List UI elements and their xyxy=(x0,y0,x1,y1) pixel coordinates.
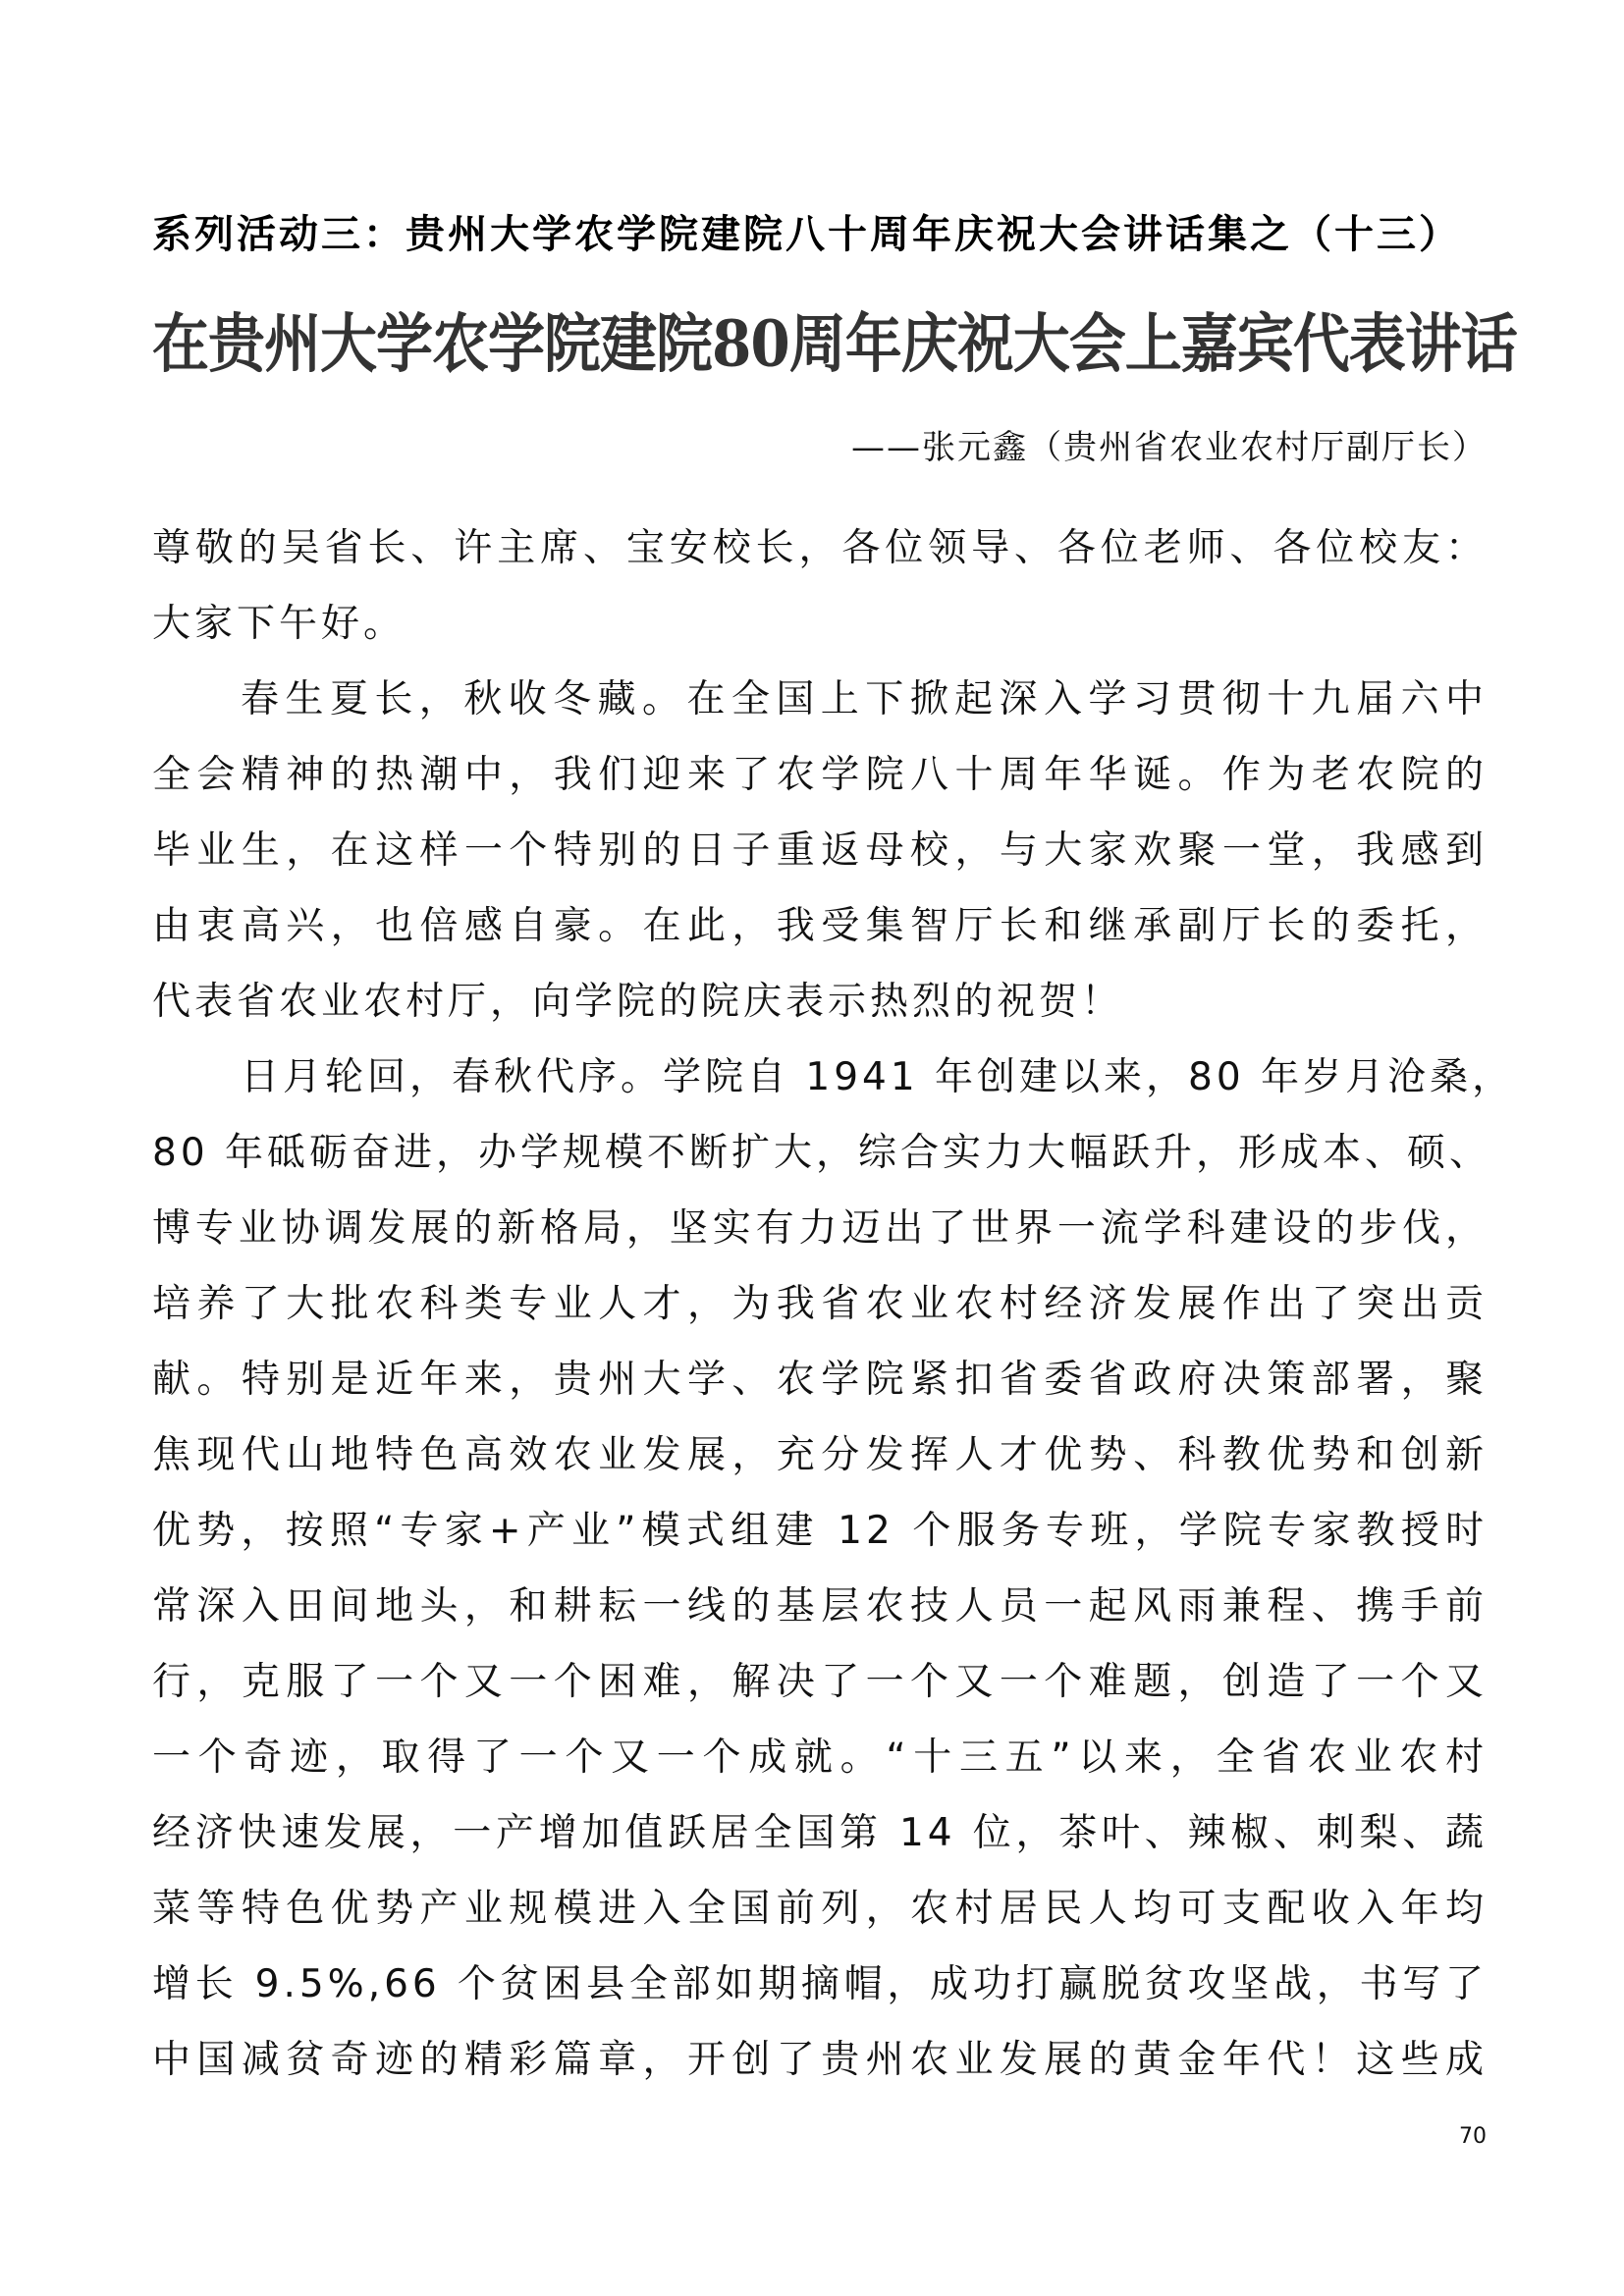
paragraph-line: 优势，按照“专家+产业”模式组建 12 个服务专班，学院专家教授时 xyxy=(152,1493,1488,1569)
paragraph-line: 代表省农业农村厅，向学院的院庆表示热烈的祝贺！ xyxy=(152,964,1488,1040)
speaker-byline: ——张元鑫（贵州省农业农村厅副厅长） xyxy=(851,424,1488,471)
series-heading: 系列活动三：贵州大学农学院建院八十周年庆祝大会讲话集之（十三） xyxy=(152,209,1488,260)
paragraph-line: 经济快速发展，一产增加值跃居全国第 14 位，茶叶、辣椒、刺梨、蔬 xyxy=(152,1795,1488,1871)
paragraph-line: 一个奇迹，取得了一个又一个成就。“十三五”以来，全省农业农村 xyxy=(152,1720,1488,1795)
greeting-line: 尊敬的吴省长、许主席、宝安校长，各位领导、各位老师、各位校友： xyxy=(152,510,1488,586)
paragraph-line: 80 年砥砺奋进，办学规模不断扩大，综合实力大幅跃升，形成本、硕、 xyxy=(152,1115,1488,1191)
greeting-line: 大家下午好。 xyxy=(152,586,1488,662)
speech-body: 尊敬的吴省长、许主席、宝安校长，各位领导、各位老师、各位校友： 大家下午好。 春… xyxy=(152,510,1488,2098)
paragraph-line: 行，克服了一个又一个困难，解决了一个又一个难题，创造了一个又 xyxy=(152,1644,1488,1720)
paragraph-line: 由衷高兴，也倍感自豪。在此，我受集智厅长和继承副厅长的委托， xyxy=(152,888,1488,964)
paragraph-line: 焦现代山地特色高效农业发展，充分发挥人才优势、科教优势和创新 xyxy=(152,1417,1488,1493)
paragraph-line: 献。特别是近年来，贵州大学、农学院紧扣省委省政府决策部署，聚 xyxy=(152,1342,1488,1417)
paragraph-line: 中国减贫奇迹的精彩篇章，开创了贵州农业发展的黄金年代！这些成 xyxy=(152,2022,1488,2098)
paragraph-line: 毕业生，在这样一个特别的日子重返母校，与大家欢聚一堂，我感到 xyxy=(152,813,1488,888)
paragraph-line: 春生夏长，秋收冬藏。在全国上下掀起深入学习贯彻十九届六中 xyxy=(152,662,1488,737)
paragraph-line: 博专业协调发展的新格局，坚实有力迈出了世界一流学科建设的步伐， xyxy=(152,1191,1488,1266)
paragraph-line: 培养了大批农科类专业人才，为我省农业农村经济发展作出了突出贡 xyxy=(152,1266,1488,1342)
speech-title: 在贵州大学农学院建院80周年庆祝大会上嘉宾代表讲话 xyxy=(152,304,1488,384)
page-number: 70 xyxy=(1459,2122,1487,2152)
paragraph-line: 常深入田间地头，和耕耘一线的基层农技人员一起风雨兼程、携手前 xyxy=(152,1569,1488,1644)
paragraph-line: 增长 9.5%,66 个贫困县全部如期摘帽，成功打赢脱贫攻坚战，书写了 xyxy=(152,1947,1488,2022)
paragraph-line: 全会精神的热潮中，我们迎来了农学院八十周年华诞。作为老农院的 xyxy=(152,737,1488,813)
paragraph-line: 日月轮回，春秋代序。学院自 1941 年创建以来，80 年岁月沧桑， xyxy=(152,1040,1488,1115)
paragraph-line: 菜等特色优势产业规模进入全国前列，农村居民人均可支配收入年均 xyxy=(152,1871,1488,1947)
